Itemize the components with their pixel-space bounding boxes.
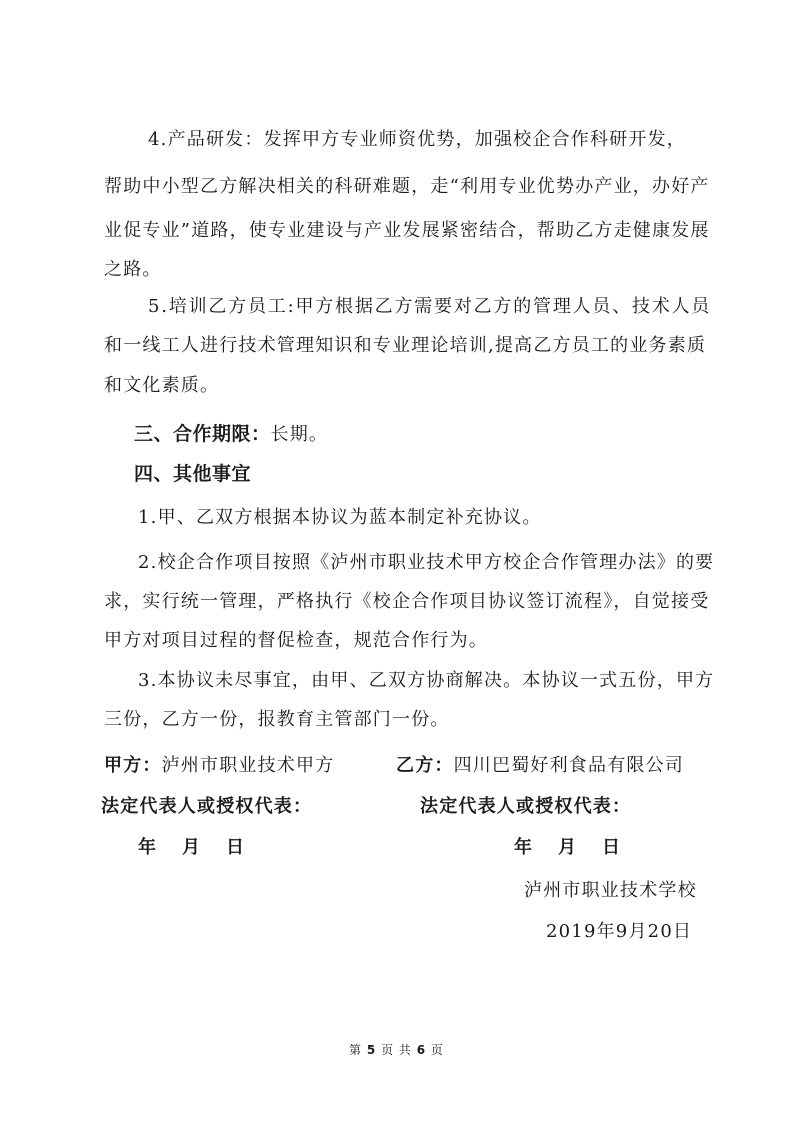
section-four-item3-line1: 3.本协议未尽事宜，由甲、乙双方协商解决。本协议一式五份，甲方 bbox=[138, 669, 714, 693]
item4-line3: 业促专业”道路，使专业建设与产业发展紧密结合，帮助乙方走健康发展 bbox=[104, 219, 694, 243]
footer-total-pages: 6 bbox=[417, 1043, 426, 1057]
section-four-item2-line2: 求，实行统一管理，严格执行《校企合作项目协议签订流程》，自觉接受 bbox=[104, 590, 694, 614]
party-a-representative-label: 法定代表人或授权代表： bbox=[101, 795, 312, 819]
section-four-item2-line1: 2.校企合作项目按照《泸州市职业技术甲方校企合作管理办法》的要 bbox=[138, 551, 714, 575]
party-b-date-blank: 年 月 日 bbox=[514, 836, 624, 860]
page-footer: 第 5 页 共 6 页 bbox=[0, 1041, 793, 1058]
party-b-label: 乙方： bbox=[396, 755, 454, 776]
footer-prefix: 第 bbox=[349, 1043, 362, 1057]
item4-line4: 之路。 bbox=[104, 258, 162, 282]
section-three-heading: 三、合作期限： bbox=[134, 423, 271, 445]
footer-mid: 页 共 bbox=[381, 1043, 412, 1057]
section-three-value: 长期。 bbox=[271, 424, 329, 445]
section-four-heading: 四、其他事宜 bbox=[134, 462, 251, 486]
footer-current-page: 5 bbox=[367, 1043, 376, 1057]
section-three: 三、合作期限：长期。 bbox=[134, 422, 328, 447]
party-a-name: 泸州市职业技术甲方 bbox=[162, 755, 335, 776]
party-b-name: 四川巴蜀好利食品有限公司 bbox=[454, 755, 684, 776]
party-b: 乙方：四川巴蜀好利食品有限公司 bbox=[396, 753, 684, 778]
party-a: 甲方：泸州市职业技术甲方 bbox=[104, 753, 334, 778]
section-four-item1: 1.甲、乙双方根据本协议为蓝本制定补充协议。 bbox=[138, 506, 542, 530]
party-b-representative-label: 法定代表人或授权代表： bbox=[420, 795, 631, 819]
item5-line3: 和文化素质。 bbox=[104, 374, 219, 398]
section-four-item3-line2: 三份，乙方一份，报教育主管部门一份。 bbox=[104, 708, 450, 732]
item4-line2: 帮助中小型乙方解决相关的科研难题，走“利用专业优势办产业，办好产 bbox=[104, 175, 694, 199]
item4-line1: 4.产品研发：发挥甲方专业师资优势，加强校企合作科研开发， bbox=[148, 128, 686, 152]
footer-suffix: 页 bbox=[431, 1043, 444, 1057]
party-a-date-blank: 年 月 日 bbox=[138, 836, 248, 860]
issuer-name: 泸州市职业技术学校 bbox=[524, 879, 697, 903]
item5-line1: 5.培训乙方员工:甲方根据乙方需要对乙方的管理人员、技术人员 bbox=[148, 295, 711, 319]
item5-line2: 和一线工人进行技术管理知识和专业理论培训,提高乙方员工的业务素质 bbox=[104, 334, 694, 358]
section-four-item2-line3: 甲方对项目过程的督促检查，规范合作行为。 bbox=[104, 629, 488, 653]
party-a-label: 甲方： bbox=[104, 755, 162, 776]
issue-date: 2019年9月20日 bbox=[546, 920, 692, 944]
document-page: 4.产品研发：发挥甲方专业师资优势，加强校企合作科研开发， 帮助中小型乙方解决相… bbox=[0, 0, 793, 1122]
